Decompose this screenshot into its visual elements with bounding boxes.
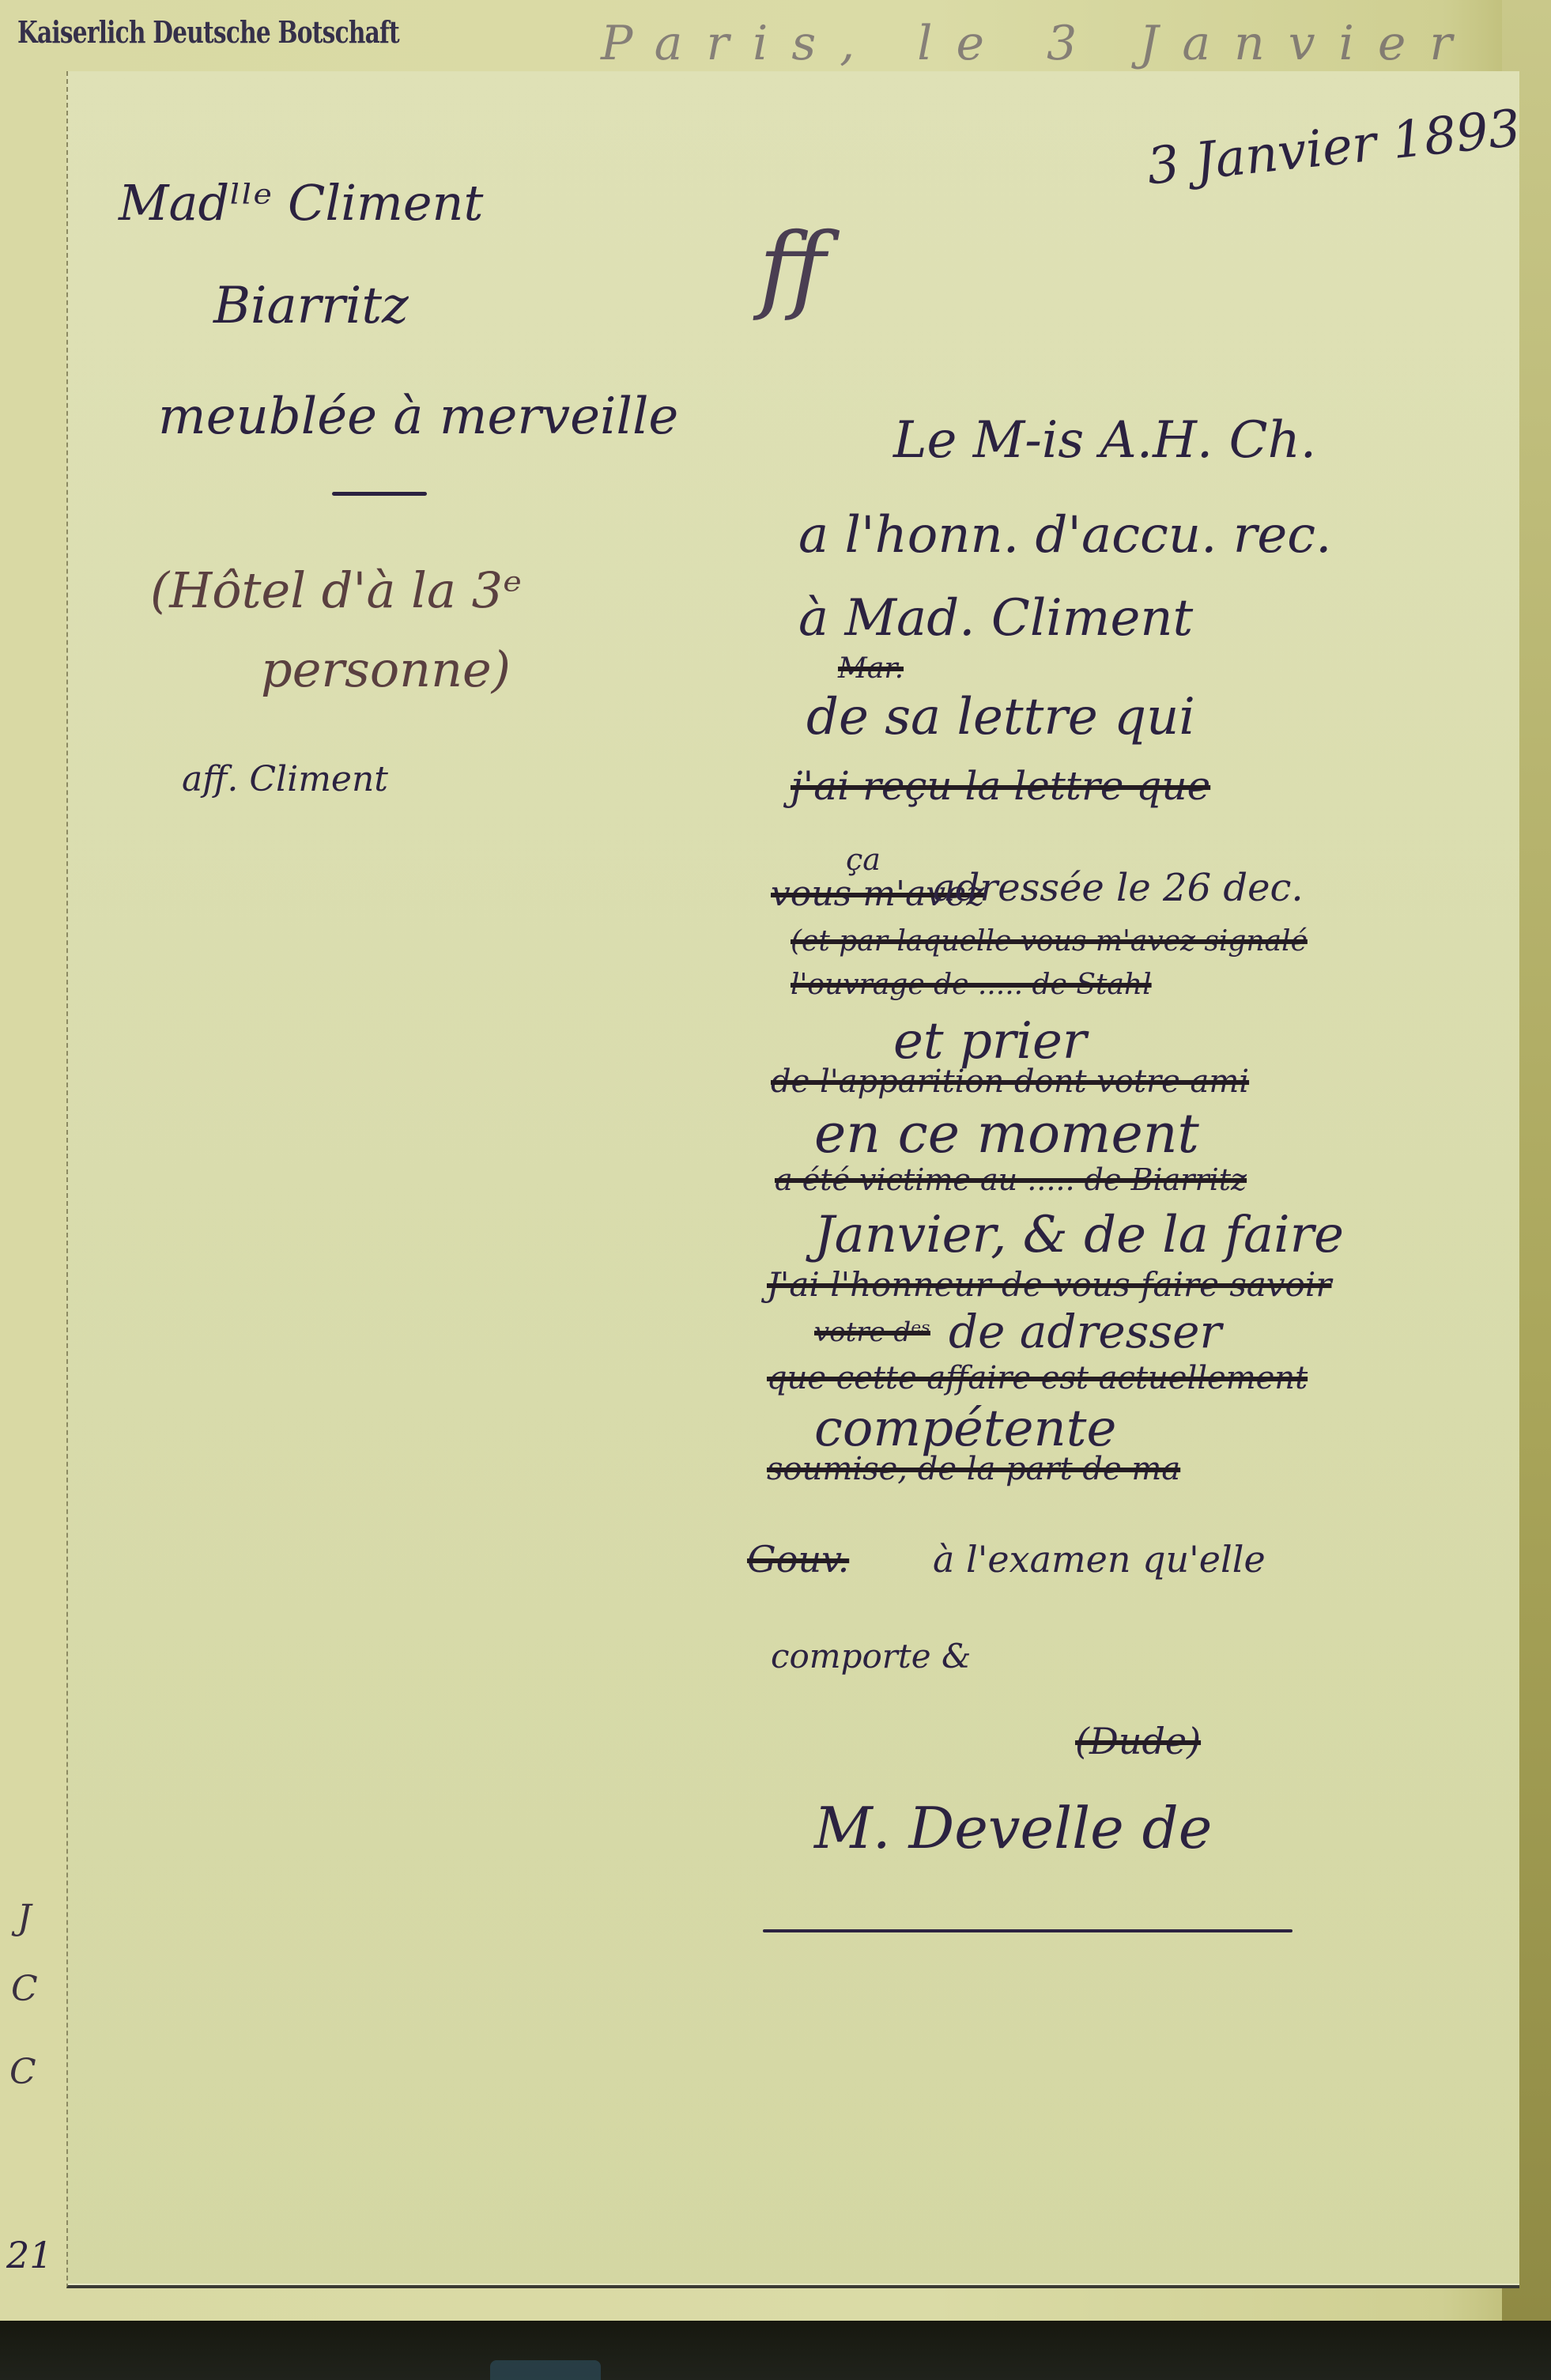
body-line: en ce moment: [814, 1103, 1199, 1165]
body-line-struck: l'ouvrage de ..... de Stahl: [791, 969, 1152, 1001]
parenthetical-line-2: personne): [261, 640, 511, 698]
body-line: Janvier, & de la faire: [814, 1206, 1344, 1264]
closing-rule: [763, 1929, 1292, 1932]
body-line: a l'honn. d'accu. rec.: [798, 506, 1331, 565]
body-line: ça: [846, 842, 881, 877]
initials-mark: ff: [759, 213, 826, 323]
recipient-place: Biarritz: [213, 277, 409, 335]
body-line-struck: J'ai l'honneur de vous faire savoir: [767, 1265, 1331, 1304]
body-line-struck: votre dᵉˢ: [814, 1317, 930, 1348]
left-note: meublée à merveille: [158, 387, 678, 446]
body-line-struck: de l'apparition dont votre ami: [771, 1063, 1249, 1100]
body-line: à l'examen qu'elle: [933, 1538, 1266, 1581]
left-divider: [332, 492, 427, 496]
body-line: comporte &: [771, 1637, 971, 1675]
parenthetical-line-1: (Hôtel d'à la 3ᵉ: [150, 561, 522, 619]
body-line-struck: Mar.: [838, 652, 904, 685]
desk-object: [490, 2360, 601, 2380]
letterhead: Kaiserlich Deutsche Botschaft: [17, 14, 399, 50]
body-line: à Mad. Climent: [798, 589, 1193, 648]
margin-mark: J: [17, 1898, 32, 1938]
body-line: Le M-is A.H. Ch.: [893, 411, 1316, 470]
body-line-struck: que cette affaire est actuellement: [767, 1360, 1308, 1396]
copy-note: aff. Climent: [182, 759, 388, 799]
body-line: et prier: [893, 1012, 1086, 1071]
desk-background: [0, 2321, 1551, 2380]
body-line-struck: Gouv.: [747, 1538, 849, 1581]
recipient-name: Madˡˡᵉ Climent: [119, 174, 483, 232]
body-line-struck: soumise, de la part de ma: [767, 1451, 1180, 1487]
body-line-struck: j'ai reçu la lettre que: [791, 763, 1210, 809]
body-line-struck: a été victime au ..... de Biarritz: [775, 1162, 1247, 1197]
page-number: 21: [6, 2234, 53, 2276]
body-line: de adresser: [949, 1305, 1221, 1358]
body-line-struck: (et par laquelle vous m'avez signalé: [791, 925, 1308, 958]
body-line: compétente: [814, 1400, 1116, 1458]
body-line-struck: (Dude): [1075, 1720, 1201, 1762]
closing-signature: M. Develle de: [814, 1795, 1212, 1861]
body-line: de sa lettre qui: [806, 688, 1195, 746]
margin-mark: C: [11, 1969, 38, 2009]
body-line: adressée le 26 dec.: [933, 866, 1304, 910]
margin-mark: C: [9, 2052, 36, 2092]
